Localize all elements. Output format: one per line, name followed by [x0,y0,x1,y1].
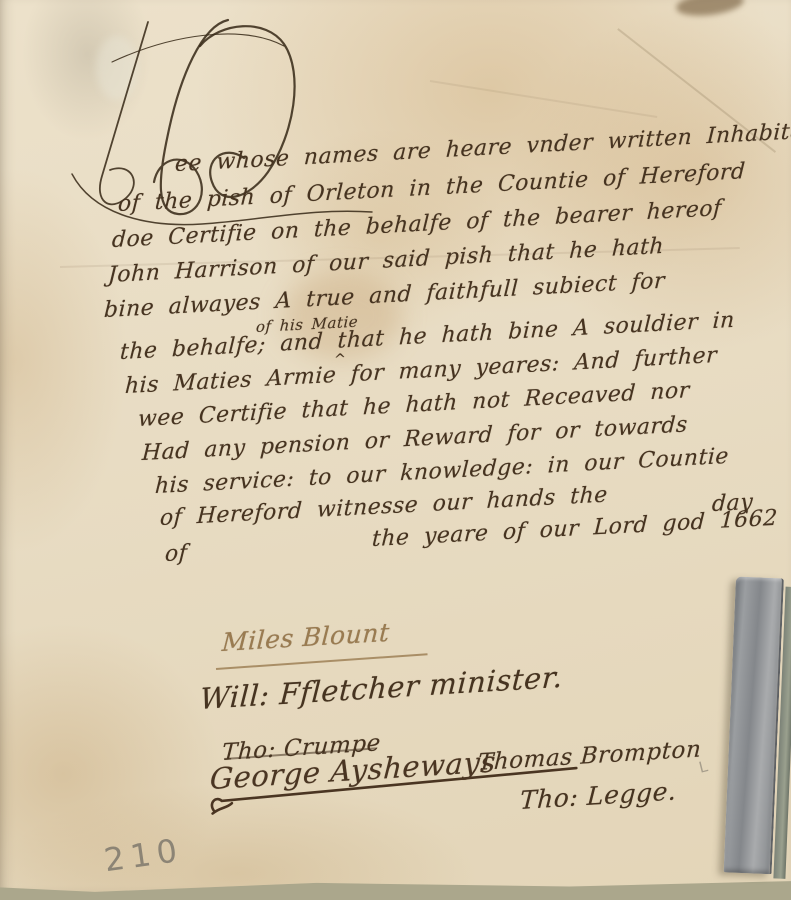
date-of: of [164,541,188,567]
metal-weight-bar [711,576,791,879]
document-photo: W ee whose names are heare vnder written… [0,0,791,900]
